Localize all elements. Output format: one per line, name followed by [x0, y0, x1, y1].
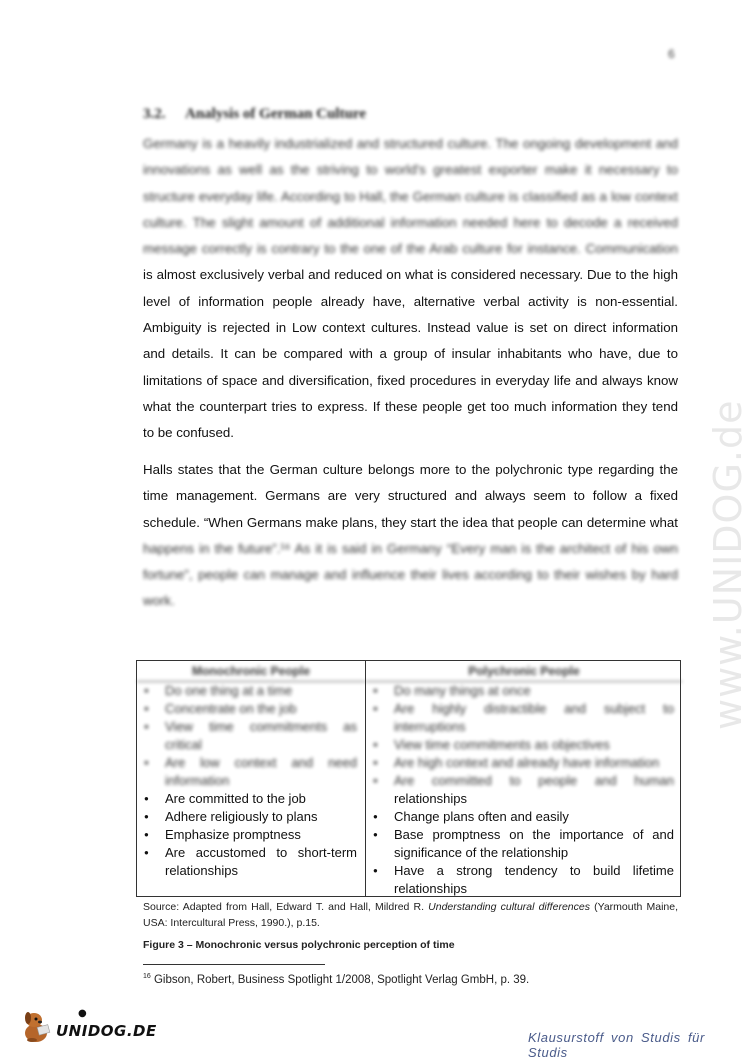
- bullet-icon: ●: [144, 700, 149, 718]
- section-number: 3.2.: [143, 106, 185, 123]
- bullet-icon: ●: [144, 718, 149, 736]
- bullet-icon: ●: [373, 808, 378, 826]
- footer-tagline: Klausurstoff von Studis für Studis: [528, 1030, 750, 1059]
- text-line: level of information people already have…: [143, 289, 678, 315]
- text-line: is almost exclusively verbal and reduced…: [143, 262, 678, 288]
- logo-text: ● UNIDOG.DE: [56, 1022, 157, 1040]
- bullet-icon: ●: [373, 826, 378, 844]
- polychronic-column: Polychronic People●Do many things at onc…: [366, 661, 682, 898]
- table-header: Monochronic People: [137, 661, 365, 682]
- text-line: innovations as well as the striving to w…: [143, 157, 678, 183]
- comparison-table: Monochronic People●Do one thing at a tim…: [136, 660, 681, 897]
- text-line: Ambiguity is rejected in Low context cul…: [143, 315, 678, 341]
- bullet-icon: ●: [144, 790, 149, 808]
- table-bullet-item: ●View time commitments as critical: [137, 718, 365, 754]
- paw-icon: ●: [78, 1008, 87, 1019]
- footnote-marker: 16: [143, 973, 151, 980]
- text-line: to be confused.: [143, 420, 678, 446]
- table-bullet-item: ●View time commitments as objectives: [366, 736, 682, 754]
- section-heading: 3.2.Analysis of German Culture: [143, 106, 366, 123]
- dog-mascot-icon: [22, 1009, 52, 1043]
- unidog-logo[interactable]: ● UNIDOG.DE: [22, 1009, 157, 1043]
- table-bullet-item: ●Adhere religiously to plans: [137, 808, 365, 826]
- bullet-icon: ●: [144, 826, 149, 844]
- bullet-icon: ●: [144, 844, 149, 862]
- text-line: time management. Germans are very struct…: [143, 483, 678, 509]
- text-line: structure everyday life. According to Ha…: [143, 184, 678, 210]
- footnote-separator: [143, 964, 325, 965]
- bullet-icon: ●: [373, 754, 378, 772]
- section-title: Analysis of German Culture: [185, 106, 366, 122]
- paragraph-low-context: Germany is a heavily industrialized and …: [143, 131, 678, 447]
- text-line: culture. The slight amount of additional…: [143, 210, 678, 236]
- text-line: fortune”, people can manage and influenc…: [143, 562, 678, 588]
- figure-source: Source: Adapted from Hall, Edward T. and…: [143, 899, 678, 931]
- text-line: and details. It can be compared with a g…: [143, 341, 678, 367]
- table-bullet-item: ●Change plans often and easily: [366, 808, 682, 826]
- table-bullet-item: ●Are low context and need information: [137, 754, 365, 790]
- table-bullet-item: ●Are highly distractible and subject to …: [366, 700, 682, 736]
- page-number: 6: [668, 47, 675, 61]
- text-line: work.: [143, 588, 678, 614]
- text-line: what the counterpart tries to express. I…: [143, 394, 678, 420]
- bullet-icon: ●: [373, 862, 378, 880]
- table-column-divider: [365, 660, 366, 897]
- text-line: Halls states that the German culture bel…: [143, 457, 678, 483]
- table-bullet-item: ●Base promptness on the importance of an…: [366, 826, 682, 862]
- table-bullet-item: ●Are accustomed to short-term relationsh…: [137, 844, 365, 880]
- table-bullet-item: ●Are committed to people and humanrelati…: [366, 772, 682, 808]
- table-bullet-item: ●Are committed to the job: [137, 790, 365, 808]
- text-line: schedule. “When Germans make plans, they…: [143, 510, 678, 536]
- bullet-icon: ●: [144, 754, 149, 772]
- table-bullet-item: ●Have a strong tendency to build lifetim…: [366, 862, 682, 898]
- figure-caption: Figure 3 – Monochronic versus polychroni…: [143, 939, 455, 951]
- text-line: Germany is a heavily industrialized and …: [143, 131, 678, 157]
- monochronic-column: Monochronic People●Do one thing at a tim…: [137, 661, 365, 880]
- table-bullet-item: ●Do many things at once: [366, 682, 682, 700]
- text-line: happens in the future”.¹⁶ As it is said …: [143, 536, 678, 562]
- bullet-icon: ●: [373, 736, 378, 754]
- bullet-icon: ●: [144, 682, 149, 700]
- table-bullet-item: ●Do one thing at a time: [137, 682, 365, 700]
- bullet-icon: ●: [144, 808, 149, 826]
- source-title: Understanding cultural differences: [428, 901, 590, 913]
- text-line: message correctly is contrary to the one…: [143, 236, 678, 262]
- table-bullet-item: ●Emphasize promptness: [137, 826, 365, 844]
- table-bullet-item: ●Concentrate on the job: [137, 700, 365, 718]
- bullet-icon: ●: [373, 682, 378, 700]
- bullet-icon: ●: [373, 772, 378, 790]
- table-bullet-item: ●Are high context and already have infor…: [366, 754, 682, 772]
- watermark: www.UNIDOG.de: [706, 400, 750, 730]
- paragraph-time-management: Halls states that the German culture bel…: [143, 457, 678, 615]
- bullet-icon: ●: [373, 700, 378, 718]
- text-line: limitations of space and diversification…: [143, 368, 678, 394]
- footnote: 16 Gibson, Robert, Business Spotlight 1/…: [143, 973, 529, 986]
- table-header: Polychronic People: [366, 661, 682, 682]
